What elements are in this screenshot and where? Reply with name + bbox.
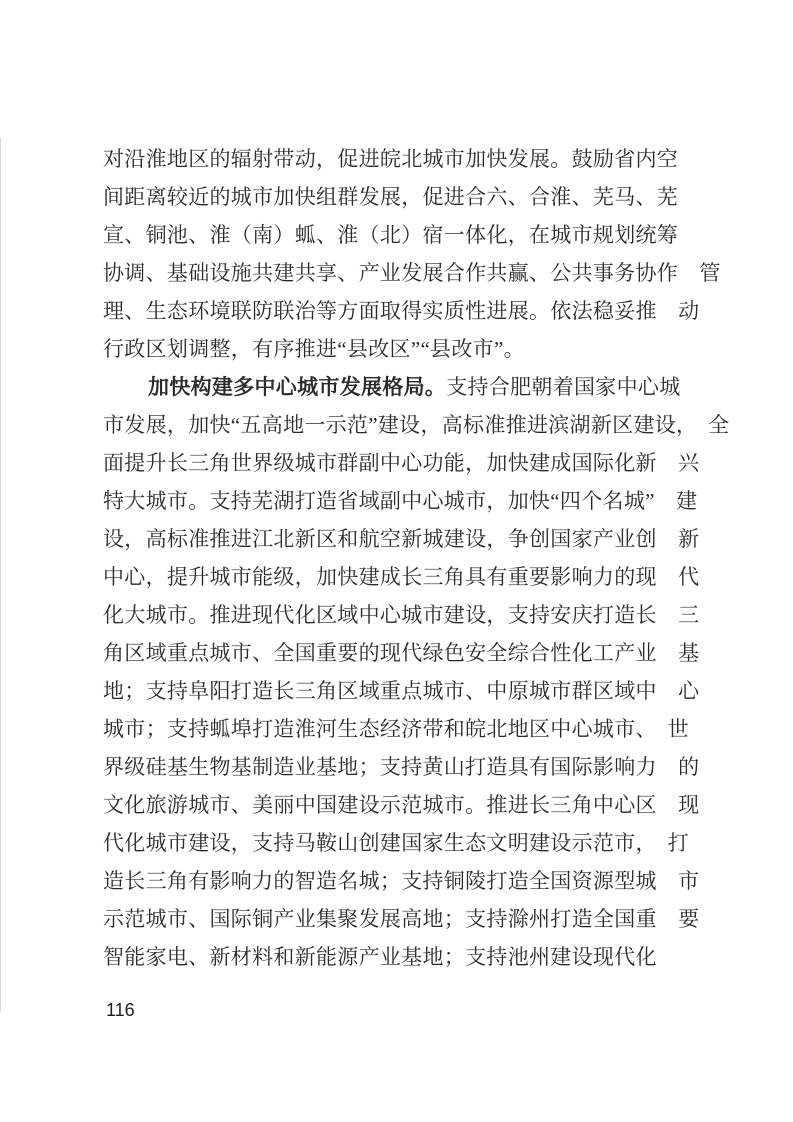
text-line: 对沿淮地区的辐射带动，促进皖北城市加快发展。鼓励省内空	[103, 140, 728, 178]
text-line: 间距离较近的城市加快组群发展，促进合六、合淮、芜马、芜	[103, 178, 728, 216]
text-line: 宣、铜池、淮（南）蛌、淮（北）宿一体化，在城市规划统筹	[103, 216, 728, 254]
text-line: 特大城市。支持芜湖打造省域副中心城市，加快“四个名城” 建	[103, 482, 728, 520]
text-line: 中心，提升城市能级，加快建成长三角具有重要影响力的现 代	[103, 558, 728, 596]
paragraph-lead-rest: 支持合肥朝着国家中心城	[446, 375, 680, 399]
text-line: 市发展，加快“五高地一示范”建设，高标准推进滨湖新区建设， 全	[103, 406, 728, 444]
text-line: 造长三角有影响力的智造名城；支持铜陵打造全国资源型城 市	[103, 862, 728, 900]
document-body: 对沿淮地区的辐射带动，促进皖北城市加快发展。鼓励省内空 间距离较近的城市加快组群…	[103, 140, 728, 976]
document-page: 对沿淮地区的辐射带动，促进皖北城市加快发展。鼓励省内空 间距离较近的城市加快组群…	[0, 0, 793, 1122]
text-line: 角区域重点城市、全国重要的现代绿色安全综合性化工产业 基	[103, 634, 728, 672]
text-line: 加快构建多中心城市发展格局。支持合肥朝着国家中心城	[103, 368, 728, 406]
page-number: 116	[106, 998, 135, 1022]
text-line: 城市；支持蛌埠打造淮河生态经济带和皖北地区中心城市、 世	[103, 710, 728, 748]
text-line: 理、生态环境联防联治等方面取得实质性进展。依法稳妥推 动	[103, 292, 728, 330]
scan-edge-line	[0, 138, 1, 1012]
text-line: 设，高标准推进江北新区和航空新城建设，争创国家产业创 新	[103, 520, 728, 558]
paragraph-lead-bold: 加快构建多中心城市发展格局。	[148, 375, 446, 399]
text-line: 代化城市建设，支持马鞍山创建国家生态文明建设示范市， 打	[103, 824, 728, 862]
text-line: 协调、基础设施共建共享、产业发展合作共赢、公共事务协作 管	[103, 254, 728, 292]
text-line: 化大城市。推进现代化区域中心城市建设，支持安庆打造长 三	[103, 596, 728, 634]
text-line: 界级硅基生物基制造业基地；支持黄山打造具有国际影响力 的	[103, 748, 728, 786]
text-line: 行政区划调整，有序推进“县改区”“县改市”。	[103, 330, 728, 368]
text-line: 示范城市、国际铜产业集聚发展高地；支持滁州打造全国重 要	[103, 900, 728, 938]
text-line: 地；支持阜阳打造长三角区域重点城市、中原城市群区域中 心	[103, 672, 728, 710]
text-line: 文化旅游城市、美丽中国建设示范城市。推进长三角中心区 现	[103, 786, 728, 824]
text-line: 智能家电、新材料和新能源产业基地；支持池州建设现代化	[103, 938, 728, 976]
text-line: 面提升长三角世界级城市群副中心功能，加快建成国际化新 兴	[103, 444, 728, 482]
